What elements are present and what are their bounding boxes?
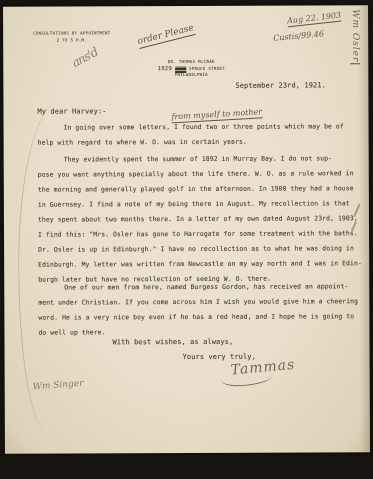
- letter-paper: CONSULTATIONS BY APPOINTMENT 2 TO 5 P.M.…: [3, 5, 370, 454]
- letterhead-struck-number: 1627: [175, 65, 186, 70]
- paragraph-3: One of our men from here, named Burgess …: [38, 279, 360, 340]
- letterhead-number: 1929: [158, 66, 172, 72]
- typed-line: They evidently spent the summer of 1892 …: [38, 151, 360, 167]
- handwritten-date-note: Aug 22. 1903: [287, 11, 342, 28]
- paragraph-1: In going over some letters, I found two …: [38, 119, 360, 150]
- letterhead-consultations-line2: 2 TO 5 P.M.: [33, 36, 110, 43]
- pencil-scribble-note: ans'd: [70, 45, 100, 70]
- diagonal-handwritten-note: order Please: [137, 23, 196, 49]
- typed-line: help with regard to where W. O. was in c…: [38, 134, 360, 150]
- signature-flourish: [220, 376, 272, 388]
- vertical-filing-label: Wm Osler: [350, 9, 360, 64]
- typed-line: I find this: "Mrs. Osler has gone to Har…: [38, 226, 360, 242]
- closing-line: With best wishes, as always,: [112, 338, 233, 347]
- salutation: My dear Harvey:-: [37, 107, 106, 115]
- typed-line: the morning and generally played golf in…: [38, 181, 360, 197]
- letterhead-center: DR. THOMAS McCRAE 19291627 SPRUCE STREET…: [131, 59, 251, 79]
- typed-line: Edinburgh. My letter was written from Ne…: [38, 256, 360, 272]
- valediction-line: Yours very truly,: [183, 353, 256, 361]
- typed-line: in Guernsey. I find a note of my being t…: [38, 196, 360, 212]
- letterhead-consultations: CONSULTATIONS BY APPOINTMENT 2 TO 5 P.M.: [33, 29, 110, 43]
- typed-line: One of our men from here, named Burgess …: [38, 279, 360, 295]
- typed-line: word. He is a very nice boy even if he h…: [38, 309, 360, 325]
- letter-photograph: CONSULTATIONS BY APPOINTMENT 2 TO 5 P.M.…: [0, 0, 373, 479]
- handwritten-reference-note: Custis/99.46: [273, 29, 324, 43]
- letter-date: September 23rd, 1921.: [235, 81, 326, 89]
- letterhead-street: SPRUCE STREET: [189, 65, 225, 70]
- bottom-left-handwritten-note: Wm Singer: [32, 379, 83, 393]
- typed-line: In going over some letters, I found two …: [38, 119, 360, 135]
- typed-line: Dr. Osler is up in Edinburgh." I have no…: [38, 241, 360, 257]
- letterhead-city: PHILADELPHIA: [131, 72, 251, 79]
- paragraph-2: They evidently spent the summer of 1892 …: [38, 151, 361, 287]
- typed-line: they spent about two months there. In a …: [38, 211, 360, 227]
- typed-line: ment under Christian. If you come across…: [38, 294, 360, 310]
- typed-line: pose you want anything specially about t…: [38, 166, 360, 182]
